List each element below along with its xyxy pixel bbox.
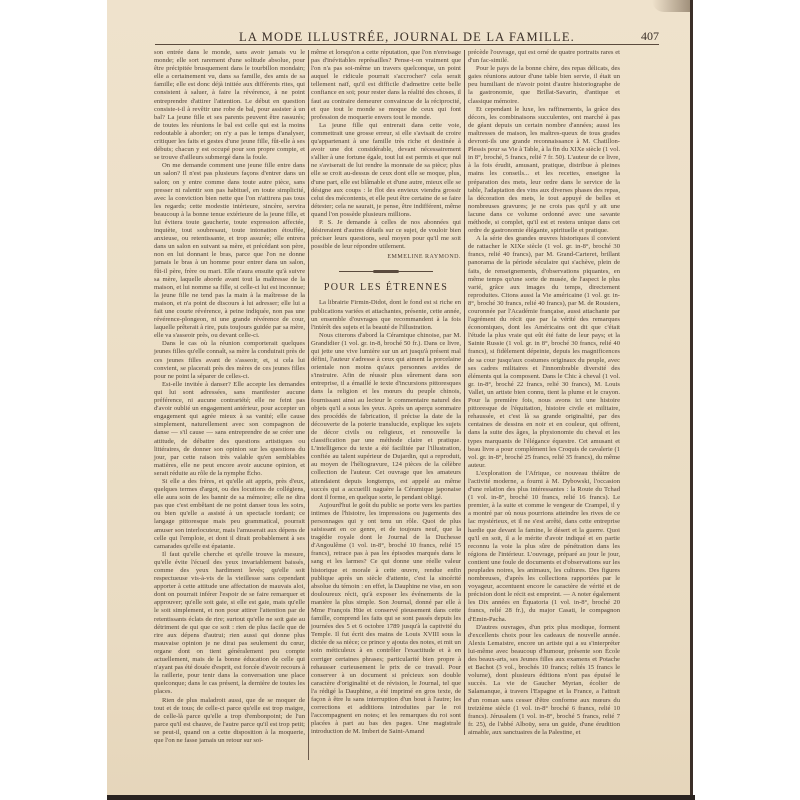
page-number: 407 xyxy=(641,29,659,44)
section-title: POUR LES ÉTRENNES xyxy=(311,281,461,295)
column-right: précède l'ouvrage, qui est orné de quatr… xyxy=(468,49,620,737)
journal-title: LA MODE ILLUSTRÉE, JOURNAL DE LA FAMILLE… xyxy=(155,30,659,45)
paragraph: Est-elle invitée à danser? Elle accepte … xyxy=(154,381,305,478)
page-edge-right xyxy=(690,0,693,795)
column-middle: même et lorsqu'on a cette réputation, qu… xyxy=(311,49,461,737)
paragraph: On me demande comment une jeune fille en… xyxy=(154,162,305,340)
postscript: P. S. Je demande à celles de nos abonnée… xyxy=(311,219,461,251)
paragraph: Nous citerons d'abord la Céramique chino… xyxy=(311,332,461,502)
ornamental-divider xyxy=(311,267,461,277)
paragraph: son entrée dans le monde, sans avoir jam… xyxy=(154,49,305,162)
running-header: LA MODE ILLUSTRÉE, JOURNAL DE LA FAMILLE… xyxy=(155,26,659,45)
page-edge-bottom xyxy=(107,795,695,800)
paragraph: précède l'ouvrage, qui est orné de quatr… xyxy=(468,49,620,65)
newspaper-page: LA MODE ILLUSTRÉE, JOURNAL DE LA FAMILLE… xyxy=(107,0,692,795)
paragraph: Aujourd'hui le goût du public se porte v… xyxy=(311,502,461,737)
paragraph: Pour le pays de la bonne chère, des repa… xyxy=(468,65,620,105)
paragraph: Dans le cas où la réunion comporterait q… xyxy=(154,340,305,380)
paragraph: A la série des grandes œuvres historique… xyxy=(468,235,620,470)
page-corner-stain xyxy=(652,0,692,12)
paragraph: Et cependant le luxe, les raffinements, … xyxy=(468,106,620,236)
paragraph: D'autres ouvrages, d'un prix plus modiqu… xyxy=(468,624,620,737)
paragraph: même et lorsqu'on a cette réputation, qu… xyxy=(311,49,461,122)
paragraph: Si elle a des frères, et qu'elle ait app… xyxy=(154,478,305,551)
author-signature: EMMELINE RAYMOND. xyxy=(311,253,461,261)
paragraph: La librairie Firmin-Didot, dont le fond … xyxy=(311,299,461,331)
paragraph: Il faut qu'elle cherche et qu'elle trouv… xyxy=(154,551,305,697)
paragraph: Rien de plus maladroit aussi, que de se … xyxy=(154,697,305,746)
column-divider xyxy=(308,50,309,760)
column-left: son entrée dans le monde, sans avoir jam… xyxy=(154,49,305,745)
paragraph: L'exploration de l'Afrique, ce nouveau t… xyxy=(468,470,620,624)
paragraph: La jeune fille qui entrerait dans cette … xyxy=(311,122,461,219)
column-divider xyxy=(464,50,465,735)
